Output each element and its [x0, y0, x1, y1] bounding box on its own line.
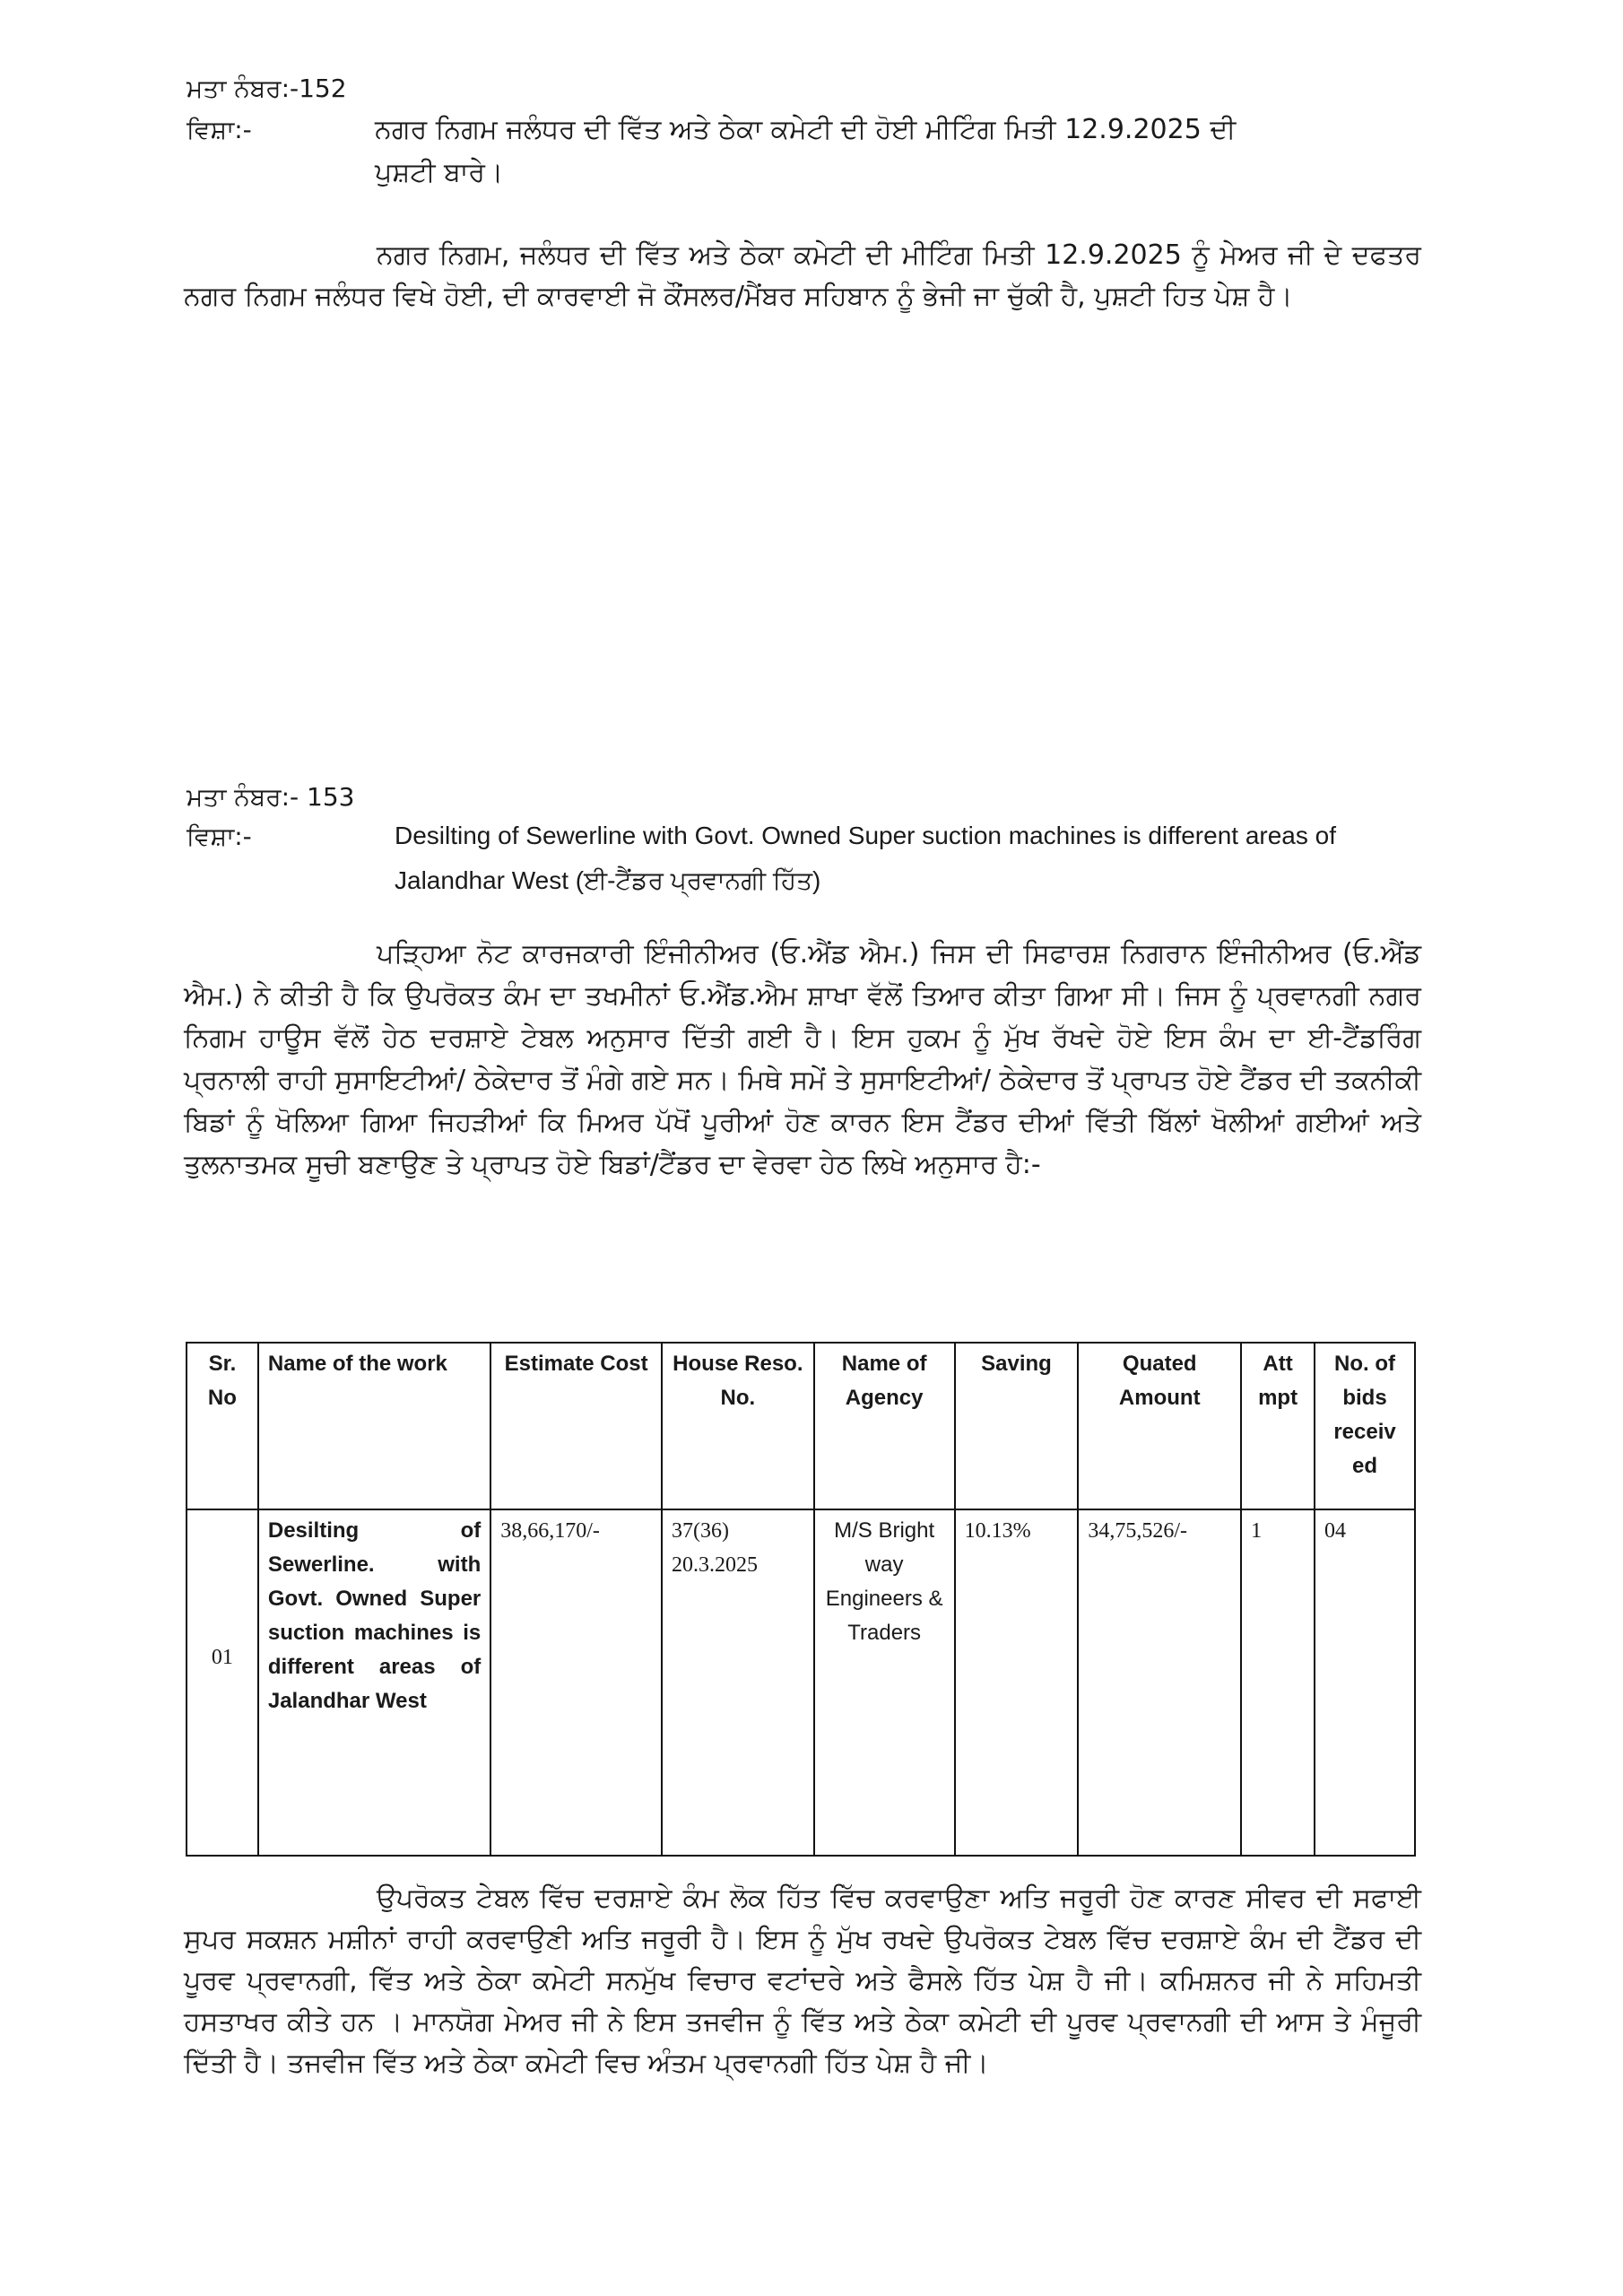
- house-reso-date: 20.3.2025: [672, 1548, 804, 1582]
- cell-agency: M/S Bright way Engineers & Traders: [814, 1509, 955, 1856]
- cell-quoted-amount: 34,75,526/-: [1078, 1509, 1241, 1856]
- resolution-153-number: ਮਤਾ ਨੰਬਰ:- 153: [187, 782, 354, 813]
- header-quoted-amount: Quated Amount: [1078, 1343, 1241, 1509]
- resolution-152-subject-line2: ਪੁਸ਼ਟੀ ਬਾਰੇ।: [375, 152, 503, 194]
- header-work: Name of the work: [258, 1343, 490, 1509]
- cell-estimate-cost: 38,66,170/-: [490, 1509, 662, 1856]
- house-reso-number: 37(36): [672, 1514, 804, 1548]
- resolution-153-subject-line2: Jalandhar West (ਈ-ਟੈਂਡਰ ਪ੍ਰਵਾਨਗੀ ਹਿੱਤ): [395, 866, 820, 896]
- cell-saving: 10.13%: [955, 1509, 1079, 1856]
- resolution-152-subject-label: ਵਿਸ਼ਾ:-: [187, 115, 252, 145]
- table-header-row: Sr. No Name of the work Estimate Cost Ho…: [187, 1343, 1415, 1509]
- cell-bids-received: 04: [1315, 1509, 1415, 1856]
- header-sr-no: Sr. No: [187, 1343, 258, 1509]
- header-attempt: Att mpt: [1241, 1343, 1315, 1509]
- header-estimate-cost: Estimate Cost: [490, 1343, 662, 1509]
- header-bids-received: No. of bids receiv ed: [1315, 1343, 1415, 1509]
- resolution-152-number: ਮਤਾ ਨੰਬਰ:-152: [187, 74, 347, 104]
- bids-table: Sr. No Name of the work Estimate Cost Ho…: [186, 1342, 1416, 1857]
- header-agency: Name of Agency: [814, 1343, 955, 1509]
- cell-attempt: 1: [1241, 1509, 1315, 1856]
- cell-sr-no: 01: [187, 1509, 258, 1856]
- resolution-153-subject-line1: Desilting of Sewerline with Govt. Owned …: [395, 822, 1336, 850]
- resolution-152-subject-line1: ਨਗਰ ਨਿਗਮ ਜਲੰਧਰ ਦੀ ਵਿੱਤ ਅਤੇ ਠੇਕਾ ਕਮੇਟੀ ਦੀ…: [375, 109, 1424, 151]
- table-row: 01 Desilting of Sewerline. with Govt. Ow…: [187, 1509, 1415, 1856]
- resolution-153-conclusion: ਉਪਰੋਕਤ ਟੇਬਲ ਵਿੱਚ ਦਰਸ਼ਾਏ ਕੰਮ ਲੋਕ ਹਿੱਤ ਵਿੱ…: [184, 1878, 1421, 2084]
- cell-house-reso: 37(36) 20.3.2025: [662, 1509, 814, 1856]
- resolution-153-body: ਪੜ੍ਹਿਆ ਨੋਟ ਕਾਰਜਕਾਰੀ ਇੰਜੀਨੀਅਰ (ਓ.ਐਂਡ ਐਮ.)…: [184, 933, 1421, 1186]
- resolution-153-subject-label: ਵਿਸ਼ਾ:-: [187, 822, 252, 852]
- cell-work: Desilting of Sewerline. with Govt. Owned…: [258, 1509, 490, 1856]
- header-house-reso: House Reso. No.: [662, 1343, 814, 1509]
- resolution-152-body: ਨਗਰ ਨਿਗਮ, ਜਲੰਧਰ ਦੀ ਵਿੱਤ ਅਤੇ ਠੇਕਾ ਕਮੇਟੀ ਦ…: [184, 235, 1421, 317]
- header-saving: Saving: [955, 1343, 1079, 1509]
